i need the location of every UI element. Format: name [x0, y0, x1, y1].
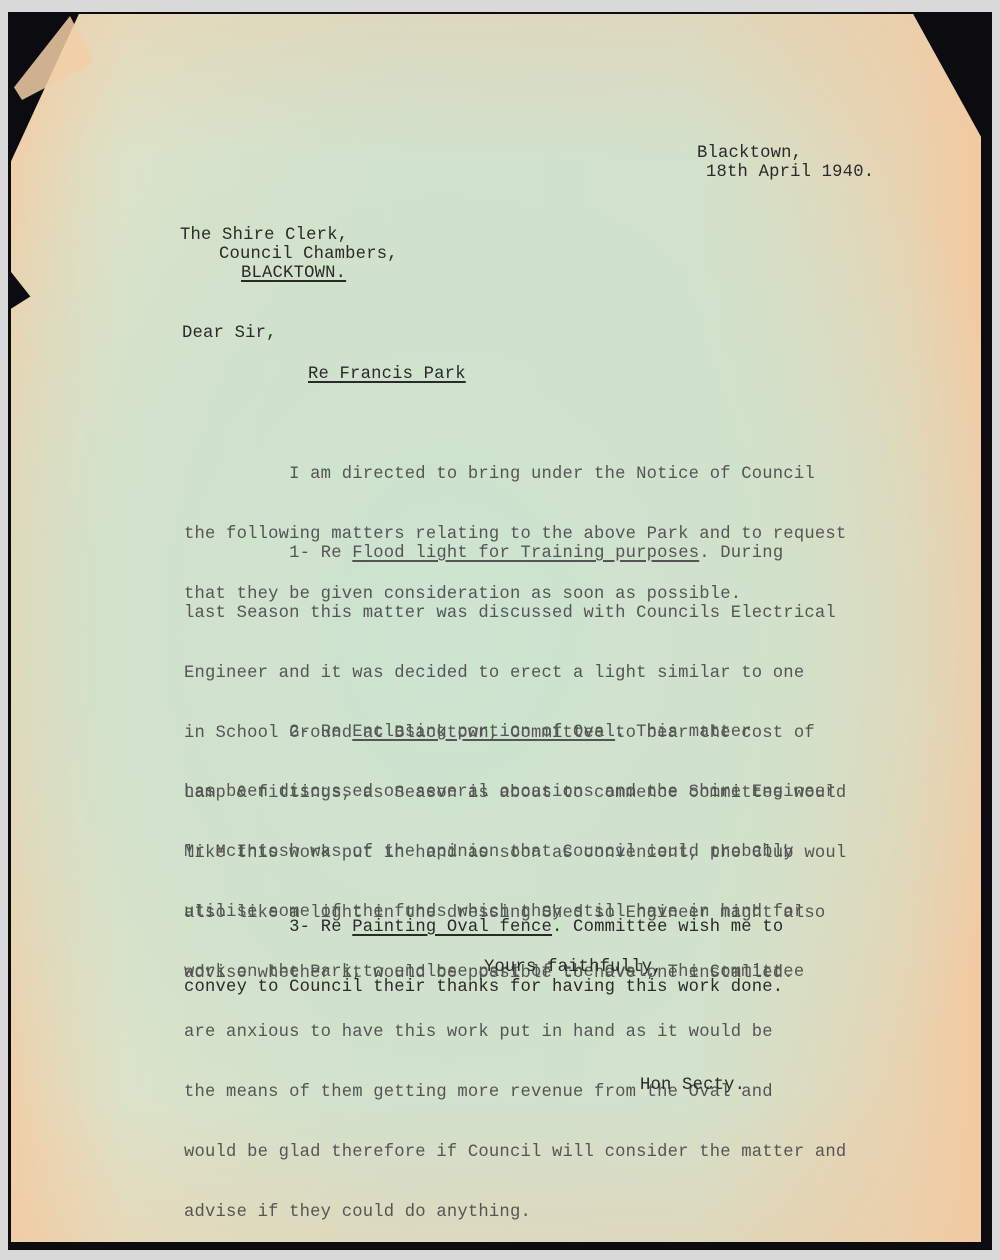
signature: Hon Secty.: [640, 1076, 745, 1096]
item-line: convey to Council their thanks for havin…: [184, 978, 783, 998]
item-number: 2-: [289, 723, 310, 742]
item-line: has been discussed on several occasions …: [184, 783, 846, 803]
item-heading-rest: . This matter: [615, 723, 752, 742]
closing: Yours faithfully,: [484, 958, 663, 978]
salutation: Dear Sir,: [182, 324, 277, 344]
addressee-line-3: BLACKTOWN.: [241, 264, 346, 284]
item-prefix: Re: [321, 918, 342, 937]
item-heading-rest: . Committee wish me to: [552, 918, 783, 937]
item-heading-rest: . During: [699, 544, 783, 563]
addressee-line-2: Council Chambers,: [219, 245, 398, 265]
item-line: advise if they could do anything.: [184, 1203, 846, 1223]
item-heading: Flood light for Training purposes: [352, 544, 699, 563]
intro-line: I am directed to bring under the Notice …: [184, 465, 846, 485]
item-line: Engineer and it was decided to erect a l…: [184, 664, 846, 684]
subject-line: Re Francis Park: [308, 365, 466, 385]
item-3-heading-line: 3- Re Painting Oval fence. Committee wis…: [184, 918, 783, 938]
sender-location: Blacktown,: [697, 144, 802, 164]
item-line: the means of them getting more revenue f…: [184, 1083, 846, 1103]
item-prefix: Re: [321, 544, 342, 563]
item-number: 1-: [289, 544, 310, 563]
letter-date: 18th April 1940.: [706, 163, 874, 183]
item-line: Mr McIntosh was of the opinion that Coun…: [184, 843, 846, 863]
addressee-line-1: The Shire Clerk,: [180, 226, 348, 246]
item-line: last Season this matter was discussed wi…: [184, 604, 846, 624]
item-1-heading-line: 1- Re Flood light for Training purposes.…: [184, 544, 846, 564]
item-line: are anxious to have this work put in han…: [184, 1023, 846, 1043]
item-number: 3-: [289, 918, 310, 937]
item-heading: Painting Oval fence: [352, 918, 552, 937]
item-2-heading-line: 2- Re Enclosing portion of Oval. This ma…: [184, 723, 846, 743]
item-heading: Enclosing portion of Oval: [352, 723, 615, 742]
item-prefix: Re: [321, 723, 342, 742]
item-3: 3- Re Painting Oval fence. Committee wis…: [184, 878, 783, 1018]
item-line: would be glad therefore if Council will …: [184, 1143, 846, 1163]
